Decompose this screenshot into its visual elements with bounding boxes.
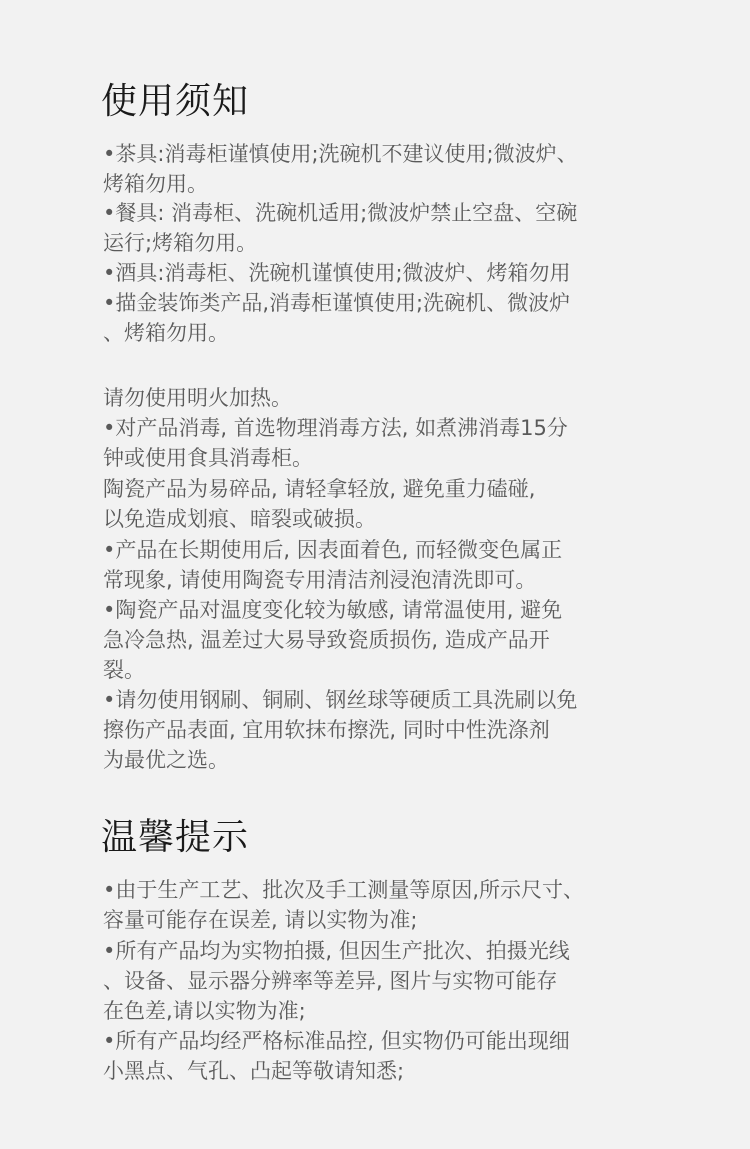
usage-notice-line: 钟或使用食具消毒柜。	[103, 444, 313, 472]
usage-notice-line: 急冷急热, 温差过大易导致瓷质损伤, 造成产品开	[103, 626, 550, 654]
usage-notice-line: 运行;烤箱勿用。	[103, 229, 257, 257]
usage-notice-line: 烤箱勿用。	[103, 170, 208, 198]
usage-notice-line: 、烤箱勿用。	[103, 319, 229, 347]
usage-notice-line: •产品在长期使用后, 因表面着色, 而轻微变色属正	[103, 536, 562, 564]
usage-notice-line: •陶瓷产品对温度变化较为敏感, 请常温使用, 避免	[103, 596, 562, 624]
product-care-page: 使用须知 •茶具:消毒柜谨慎使用;洗碗机不建议使用;微波炉、 烤箱勿用。 •餐具…	[0, 0, 750, 1149]
warm-tips-line: •所有产品均经严格标准品控, 但实物仍可能出现细	[103, 1027, 570, 1055]
usage-notice-line: •餐具: 消毒柜、洗碗机适用;微波炉禁止空盘、空碗	[103, 199, 577, 227]
usage-notice-line: 擦伤产品表面, 宜用软抹布擦洗, 同时中性洗涤剂	[103, 716, 550, 744]
usage-notice-line: •描金装饰类产品,消毒柜谨慎使用;洗碗机、微波炉	[103, 289, 570, 317]
usage-notice-line: 裂。	[103, 656, 145, 684]
usage-notice-line: •对产品消毒, 首选物理消毒方法, 如煮沸消毒15分	[103, 414, 568, 442]
warm-tips-line: 、设备、显示器分辨率等差异, 图片与实物可能存	[103, 967, 557, 995]
warm-tips-line: 容量可能存在误差, 请以实物为准;	[103, 906, 417, 934]
warm-tips-line: 小黑点、气孔、凸起等敬请知悉;	[103, 1057, 404, 1085]
usage-notice-line: 请勿使用明火加热。	[103, 384, 292, 412]
warm-tips-line: 在色差,请以实物为准;	[103, 997, 306, 1025]
usage-notice-line: 常现象, 请使用陶瓷专用清洁剂浸泡清洗即可。	[103, 566, 536, 594]
usage-notice-line: 以免造成划痕、暗裂或破损。	[103, 505, 376, 533]
usage-notice-title: 使用须知	[101, 82, 249, 122]
warm-tips-line: •所有产品均为实物拍摄, 但因生产批次、拍摄光线	[103, 937, 570, 965]
usage-notice-line: •茶具:消毒柜谨慎使用;洗碗机不建议使用;微波炉、	[103, 140, 578, 168]
usage-notice-line: •酒具:消毒柜、洗碗机谨慎使用;微波炉、烤箱勿用	[103, 259, 571, 287]
usage-notice-line: 陶瓷产品为易碎品, 请轻拿轻放, 避免重力磕碰,	[103, 475, 535, 503]
warm-tips-line: •由于生产工艺、批次及手工测量等原因,所示尺寸、	[103, 876, 584, 904]
usage-notice-line: 为最优之选。	[103, 746, 229, 774]
usage-notice-line: •请勿使用钢刷、铜刷、钢丝球等硬质工具洗刷以免	[103, 686, 577, 714]
warm-tips-title: 温馨提示	[101, 818, 249, 858]
